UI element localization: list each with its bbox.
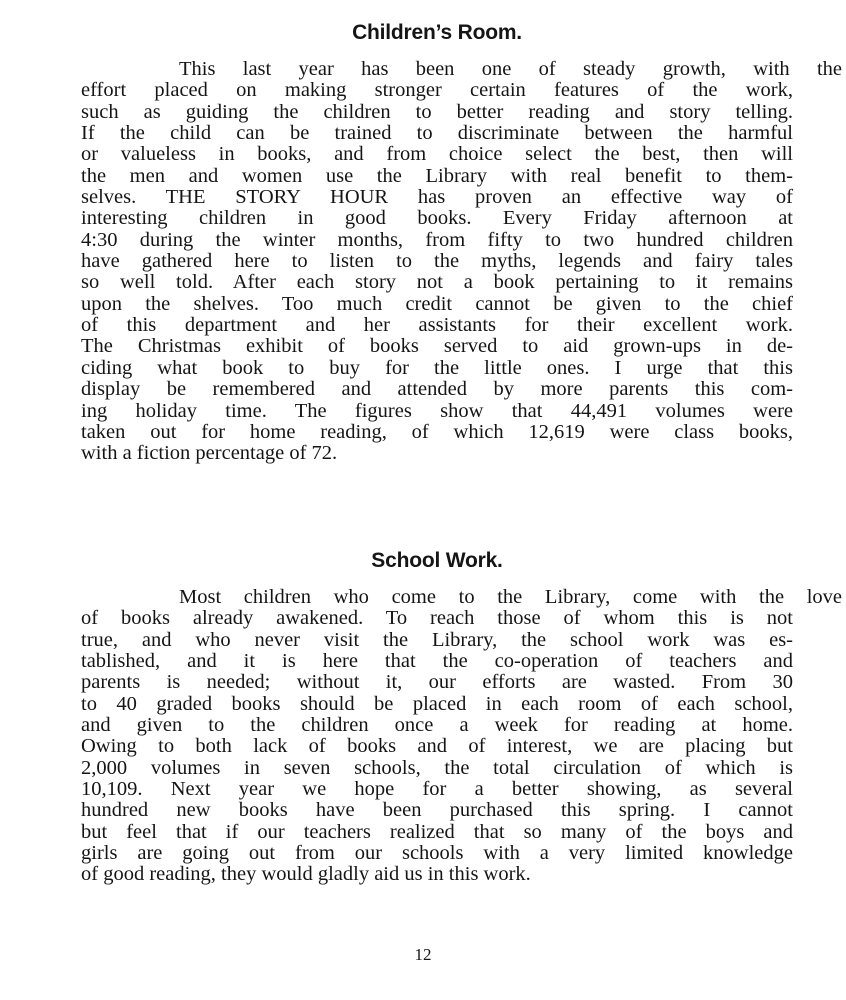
text-line: such as guiding the children to better r… bbox=[81, 102, 793, 123]
text-line: hundred new books have been purchased th… bbox=[81, 800, 793, 821]
text-line: The Christmas exhibit of books served to… bbox=[81, 336, 793, 357]
text-line-content: of books already awakened. To reach thos… bbox=[81, 608, 793, 629]
text-line-content: and given to the children once a week fo… bbox=[81, 715, 793, 736]
text-line: have gathered here to listen to the myth… bbox=[81, 251, 793, 272]
section-body-school-work: Most children who come to the Library, c… bbox=[81, 587, 793, 886]
section-heading-school-work: School Work. bbox=[81, 549, 793, 573]
text-line-content: the men and women use the Library with r… bbox=[81, 166, 793, 187]
text-line-content: interesting children in good books. Ever… bbox=[81, 208, 793, 229]
text-line-content: hundred new books have been purchased th… bbox=[81, 800, 793, 821]
text-line-content: Most children who come to the Library, c… bbox=[130, 587, 842, 608]
text-line: but feel that if our teachers realized t… bbox=[81, 822, 793, 843]
text-line: This last year has been one of steady gr… bbox=[81, 59, 793, 80]
text-line-content: true, and who never visit the Library, t… bbox=[81, 630, 793, 651]
text-line: of this department and her assistants fo… bbox=[81, 315, 793, 336]
text-line: 2,000 volumes in seven schools, the tota… bbox=[81, 758, 793, 779]
text-line-content: Owing to both lack of books and of inter… bbox=[81, 736, 793, 757]
section-heading-childrens-room: Children’s Room. bbox=[81, 21, 793, 45]
text-line: tablished, and it is here that the co-op… bbox=[81, 651, 793, 672]
text-line: selves. THE STORY HOUR has proven an eff… bbox=[81, 187, 793, 208]
text-line: parents is needed; without it, our effor… bbox=[81, 672, 793, 693]
text-line: girls are going out from our schools wit… bbox=[81, 843, 793, 864]
text-line-content: This last year has been one of steady gr… bbox=[130, 59, 842, 80]
text-line-content: effort placed on making stronger certain… bbox=[81, 80, 793, 101]
text-line-content: 10,109. Next year we hope for a better s… bbox=[81, 779, 793, 800]
section-body-childrens-room: This last year has been one of steady gr… bbox=[81, 59, 793, 465]
page-number: 12 bbox=[0, 945, 846, 965]
text-line: the men and women use the Library with r… bbox=[81, 166, 793, 187]
text-line: so well told. After each story not a boo… bbox=[81, 272, 793, 293]
text-line: Most children who come to the Library, c… bbox=[81, 587, 793, 608]
text-line: or valueless in books, and from choice s… bbox=[81, 144, 793, 165]
text-line: 4:30 during the winter months, from fift… bbox=[81, 230, 793, 251]
text-line-content: ciding what book to buy for the little o… bbox=[81, 358, 793, 379]
text-line: with a fiction percentage of 72. bbox=[81, 443, 793, 464]
text-line-content: parents is needed; without it, our effor… bbox=[81, 672, 793, 693]
text-line: display be remembered and attended by mo… bbox=[81, 379, 793, 400]
text-line-content: taken out for home reading, of which 12,… bbox=[81, 422, 793, 443]
text-line-content: The Christmas exhibit of books served to… bbox=[81, 336, 793, 357]
text-line-content: of this department and her assistants fo… bbox=[81, 315, 793, 336]
text-line: ciding what book to buy for the little o… bbox=[81, 358, 793, 379]
text-line-content: so well told. After each story not a boo… bbox=[81, 272, 793, 293]
text-line-content: ing holiday time. The figures show that … bbox=[81, 401, 793, 422]
text-line: of books already awakened. To reach thos… bbox=[81, 608, 793, 629]
text-line-content: to 40 graded books should be placed in e… bbox=[81, 694, 793, 715]
text-line: If the child can be trained to discrimin… bbox=[81, 123, 793, 144]
text-line-content: with a fiction percentage of 72. bbox=[81, 443, 793, 464]
text-line-content: 2,000 volumes in seven schools, the tota… bbox=[81, 758, 793, 779]
text-line: to 40 graded books should be placed in e… bbox=[81, 694, 793, 715]
text-line-content: or valueless in books, and from choice s… bbox=[81, 144, 793, 165]
text-line-content: tablished, and it is here that the co-op… bbox=[81, 651, 793, 672]
text-line: 10,109. Next year we hope for a better s… bbox=[81, 779, 793, 800]
text-line-content: display be remembered and attended by mo… bbox=[81, 379, 793, 400]
text-line: ing holiday time. The figures show that … bbox=[81, 401, 793, 422]
text-line-content: of good reading, they would gladly aid u… bbox=[81, 864, 793, 885]
text-line-content: upon the shelves. Too much credit cannot… bbox=[81, 294, 793, 315]
text-line-content: If the child can be trained to discrimin… bbox=[81, 123, 793, 144]
text-line-content: selves. THE STORY HOUR has proven an eff… bbox=[81, 187, 793, 208]
text-line: Owing to both lack of books and of inter… bbox=[81, 736, 793, 757]
text-line-content: but feel that if our teachers realized t… bbox=[81, 822, 793, 843]
text-line-content: such as guiding the children to better r… bbox=[81, 102, 793, 123]
text-line: and given to the children once a week fo… bbox=[81, 715, 793, 736]
text-line-content: have gathered here to listen to the myth… bbox=[81, 251, 793, 272]
text-line: effort placed on making stronger certain… bbox=[81, 80, 793, 101]
text-line: interesting children in good books. Ever… bbox=[81, 208, 793, 229]
text-line: taken out for home reading, of which 12,… bbox=[81, 422, 793, 443]
text-line: true, and who never visit the Library, t… bbox=[81, 630, 793, 651]
text-line: of good reading, they would gladly aid u… bbox=[81, 864, 793, 885]
text-line-content: 4:30 during the winter months, from fift… bbox=[81, 230, 793, 251]
text-line-content: girls are going out from our schools wit… bbox=[81, 843, 793, 864]
text-line: upon the shelves. Too much credit cannot… bbox=[81, 294, 793, 315]
